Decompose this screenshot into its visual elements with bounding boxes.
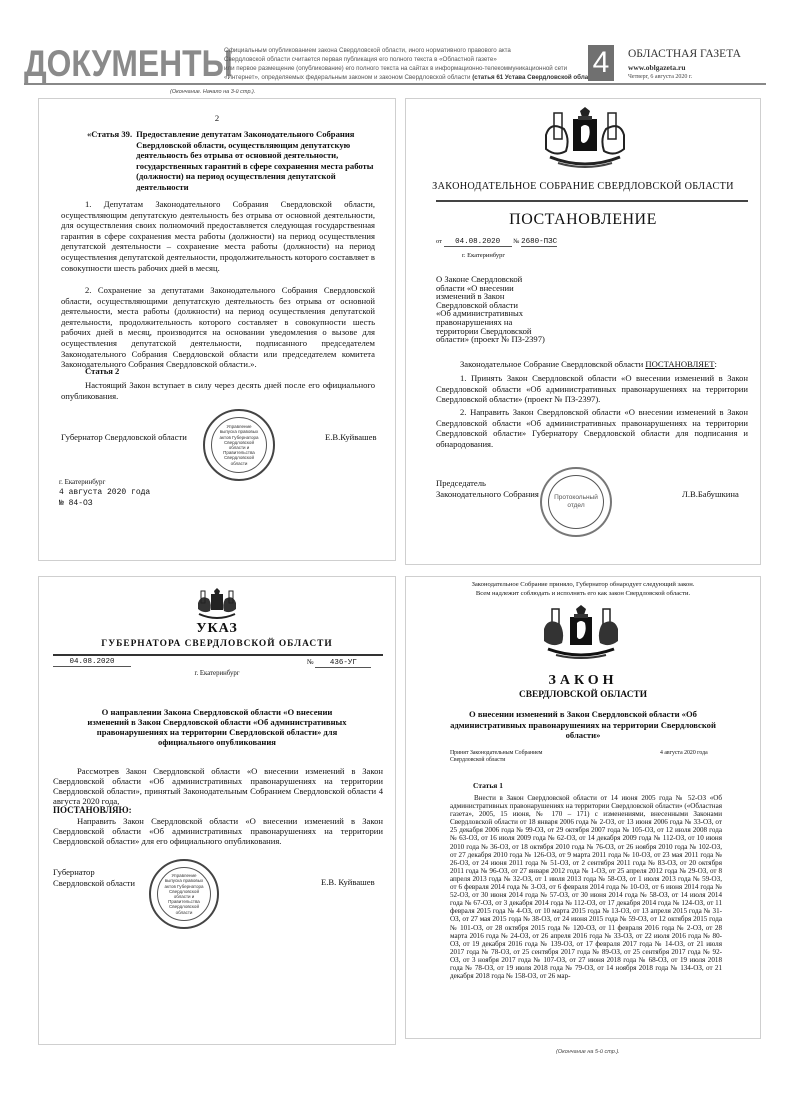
article-1-text: Внести в Закон Свердловской области от 1…	[450, 794, 722, 980]
official-seal-stamp: Управление выпуска правовых актов Губерн…	[149, 859, 219, 929]
resolution-preamble: Законодательное Собрание Свердловской об…	[460, 359, 717, 370]
adopted-date: 4 августа 2020 года	[660, 750, 708, 756]
article-39-paragraph-2: 2. Сохранение за депутатами Законодатель…	[61, 285, 375, 370]
decree-panel: УКАЗ ГУБЕРНАТОРА СВЕРДЛОВСКОЙ ОБЛАСТИ 04…	[38, 576, 396, 1045]
document-type: ЗАКОН	[406, 673, 760, 689]
resolution-date: 04.08.2020	[444, 238, 512, 247]
decree-date: 04.08.2020	[53, 658, 131, 667]
signer-title: Губернатор Свердловской области	[61, 432, 187, 443]
decree-preamble: Рассмотрев Закон Свердловской области «О…	[53, 766, 383, 806]
coat-of-arms-icon	[540, 603, 622, 663]
masthead-divider	[24, 83, 766, 85]
law-number: № 84-ОЗ	[59, 499, 93, 508]
adopted-by: Принят Законодательным Собранием Свердло…	[450, 750, 542, 765]
newspaper-website-link[interactable]: www.oblgazeta.ru	[628, 63, 686, 72]
decree-order: Направить Закон Свердловской области «О …	[53, 816, 383, 846]
document-type: УКАЗ	[39, 621, 395, 637]
article-39-heading: «Статья 39. Предоставление депутатам Зак…	[87, 129, 377, 193]
protocol-department-stamp: Протокольный отдел	[540, 467, 612, 537]
section-title: ДОКУМЕНТЫ	[24, 44, 233, 84]
resolution-subject: О Законе Свердловской области «О внесени…	[436, 275, 545, 344]
resolution-item-2: 2. Направить Закон Свердловской области …	[436, 407, 748, 449]
signer-name: Е.В.Куйвашев	[325, 432, 377, 443]
resolution-city: г. Екатеринбург	[462, 252, 505, 259]
signing-city: г. Екатеринбург	[59, 478, 105, 486]
masthead: ДОКУМЕНТЫ Официальным опубликованием зак…	[24, 44, 766, 84]
decree-number: 436-УГ	[315, 659, 371, 668]
issuing-organization: ЗАКОНОДАТЕЛЬНОЕ СОБРАНИЕ СВЕРДЛОВСКОЙ ОБ…	[406, 181, 760, 192]
newspaper-name: ОБЛАСТНАЯ ГАЗЕТА	[628, 48, 741, 60]
law-title: О внесении изменений в Закон Свердловско…	[446, 709, 720, 741]
chairman-name: Л.В.Бабушкина	[682, 489, 739, 500]
decree-city: г. Екатеринбург	[39, 670, 395, 677]
signing-date: 4 августа 2020 года	[59, 488, 150, 497]
resolution-panel: ЗАКОНОДАТЕЛЬНОЕ СОБРАНИЕ СВЕРДЛОВСКОЙ ОБ…	[405, 98, 761, 565]
header-rule	[436, 200, 748, 202]
law-continuation-panel: 2 «Статья 39. Предоставление депутатам З…	[38, 98, 396, 561]
document-type: ПОСТАНОВЛЕНИЕ	[406, 211, 760, 229]
chairman-title: Председатель Законодательного Собрания	[436, 478, 539, 499]
article-1-heading: Статья 1	[473, 781, 503, 790]
governor-title: Губернатор Свердловской области	[53, 867, 135, 888]
article-2-heading: Статья 2	[85, 366, 119, 377]
document-page-number: 2	[39, 113, 395, 124]
coat-of-arms-icon	[540, 105, 630, 175]
official-seal-stamp: Управление выпуска правовых актов Губерн…	[203, 409, 275, 481]
issue-date: Четверг, 6 августа 2020 г.	[628, 74, 692, 80]
publication-notice: Официальным опубликованием закона Свердл…	[224, 46, 604, 82]
page-number: 4	[588, 45, 614, 81]
continuation-note-bottom: (Окончание на 5-й стр.).	[556, 1049, 620, 1055]
resolution-date-line: от 04.08.2020 № 2680-ПЗС	[436, 238, 557, 247]
article-39-paragraph-1: 1. Депутатам Законодательного Собрания С…	[61, 199, 375, 273]
decree-title: О направлении Закона Свердловской област…	[85, 707, 349, 747]
decree-verb: ПОСТАНОВЛЯЮ:	[53, 805, 132, 815]
governor-name: Е.В. Куйвашев	[321, 877, 375, 888]
decree-number-line: № 436-УГ	[307, 658, 371, 668]
law-region: СВЕРДЛОВСКОЙ ОБЛАСТИ	[406, 690, 760, 700]
continuation-note-top: (Окончание. Начало на 3-й стр.).	[170, 89, 255, 95]
promulgation-formula: Законодательное Собрание приняло, Губерн…	[406, 581, 760, 598]
issuer: ГУБЕРНАТОРА СВЕРДЛОВСКОЙ ОБЛАСТИ	[39, 639, 395, 649]
coat-of-arms-icon	[195, 587, 239, 621]
resolution-item-1: 1. Принять Закон Свердловской области «О…	[436, 373, 748, 405]
article-2-text: Настоящий Закон вступает в силу через де…	[61, 380, 375, 401]
law-panel: Законодательное Собрание приняло, Губерн…	[405, 576, 761, 1039]
resolution-number: 2680-ПЗС	[521, 238, 557, 247]
header-rule	[53, 654, 383, 656]
